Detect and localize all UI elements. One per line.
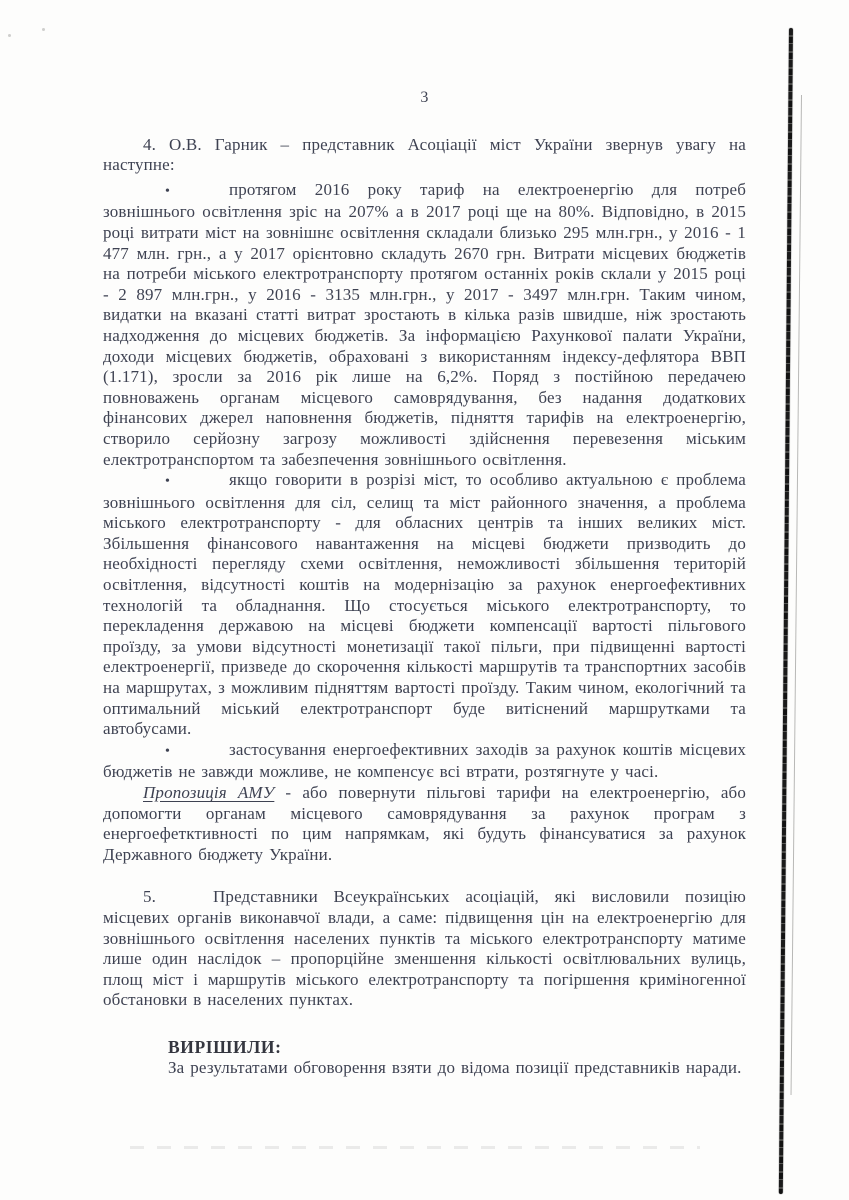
item-4-bullet-2: •якщо говорити в розрізі міст, то особли… [103,470,746,740]
scan-speck [8,34,11,37]
bullet-icon: • [165,742,229,763]
resolution-heading: ВИРІШИЛИ: [168,1037,746,1058]
document-body: 3 4. О.В. Гарник – представник Асоціації… [103,88,746,1078]
item-5: 5.Представники Всеукраїнських асоціацій,… [103,887,746,1011]
amu-proposal-lead: Пропозиція АМУ [143,783,274,802]
scan-smudge [130,1146,700,1149]
item-5-number: 5. [143,887,213,908]
resolution-text: За результатами обговорення взяти до від… [168,1058,746,1079]
scan-speck [42,28,45,31]
scan-edge-line [791,95,802,1095]
bullet-icon: • [165,472,229,493]
item-4-bullet-3: •застосування енергоефективних заходів з… [103,740,746,783]
item-4-intro: 4. О.В. Гарник – представник Асоціації м… [103,135,746,176]
item-4-bullet-1: •протягом 2016 року тариф на електроенер… [103,180,746,470]
item-4-bullet-2-text: якщо говорити в розрізі міст, то особлив… [103,470,746,738]
page-number: 3 [103,88,746,109]
bullet-icon: • [165,182,229,203]
scanned-document-page: 3 4. О.В. Гарник – представник Асоціації… [0,0,849,1200]
item-4-bullet-1-text: протягом 2016 року тариф на електроенерг… [103,180,746,469]
amu-proposal: Пропозиція АМУ - або повернути пільгові … [103,783,746,865]
